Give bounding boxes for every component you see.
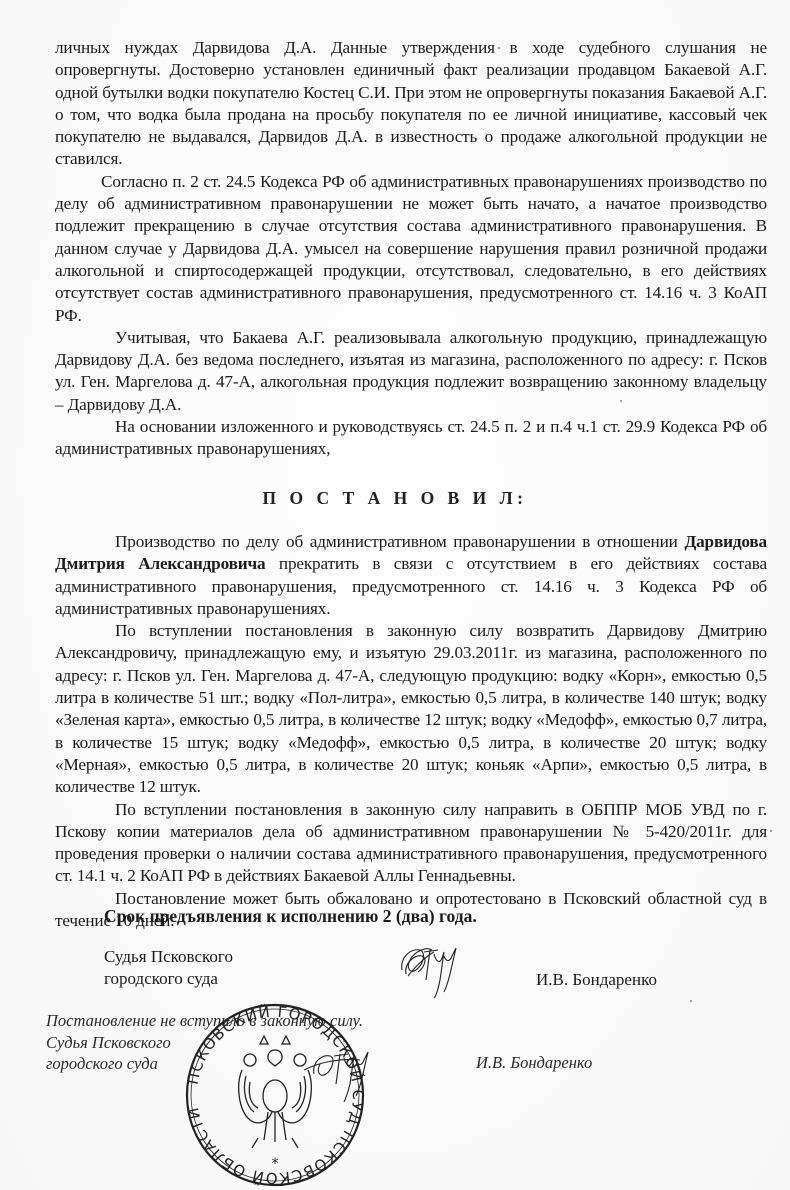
certification-signature-icon bbox=[300, 1040, 380, 1110]
resolution-paragraph-2: По вступлении постановления в законную с… bbox=[55, 620, 767, 798]
resolution-title: П О С Т А Н О В И Л: bbox=[0, 488, 790, 509]
judge-title-line2: городского суда bbox=[104, 968, 233, 990]
stamp-star: * bbox=[272, 1156, 279, 1172]
paragraph-grounds: На основании изложенного и руководствуяс… bbox=[55, 416, 767, 461]
judge-signature-icon bbox=[396, 940, 468, 1000]
resolution-paragraph-3: По вступлении постановления в законную с… bbox=[55, 799, 767, 888]
paragraph-considering: Учитывая, что Бакаева А.Г. реализовывала… bbox=[55, 327, 767, 416]
paragraph-facts: личных нуждах Дарвидова Д.А. Данные утве… bbox=[55, 37, 767, 171]
certification-judge-name: И.В. Бондаренко bbox=[476, 1053, 592, 1073]
resolution-text: Производство по делу об административном… bbox=[55, 531, 767, 932]
judge-title-line1: Судья Псковского bbox=[104, 946, 233, 968]
judge-title: Судья Псковского городского суда bbox=[104, 946, 233, 990]
enforcement-deadline: Срок предъявления к исполнению 2 (два) г… bbox=[104, 906, 477, 927]
scan-speck bbox=[690, 1000, 692, 1002]
scan-speck bbox=[770, 830, 772, 832]
scan-speck bbox=[498, 47, 500, 49]
judge-name: И.В. Бондаренко bbox=[536, 970, 657, 990]
scan-speck bbox=[620, 400, 622, 402]
resolution-p1-start: Производство по делу об административном… bbox=[115, 532, 678, 551]
preamble-text: личных нуждах Дарвидова Д.А. Данные утве… bbox=[55, 37, 767, 461]
resolution-paragraph-1: Производство по делу об административном… bbox=[55, 531, 767, 620]
paragraph-legal-basis: Согласно п. 2 ст. 24.5 Кодекса РФ об адм… bbox=[55, 171, 767, 327]
document-page: личных нуждах Дарвидова Д.А. Данные утве… bbox=[0, 0, 790, 1190]
